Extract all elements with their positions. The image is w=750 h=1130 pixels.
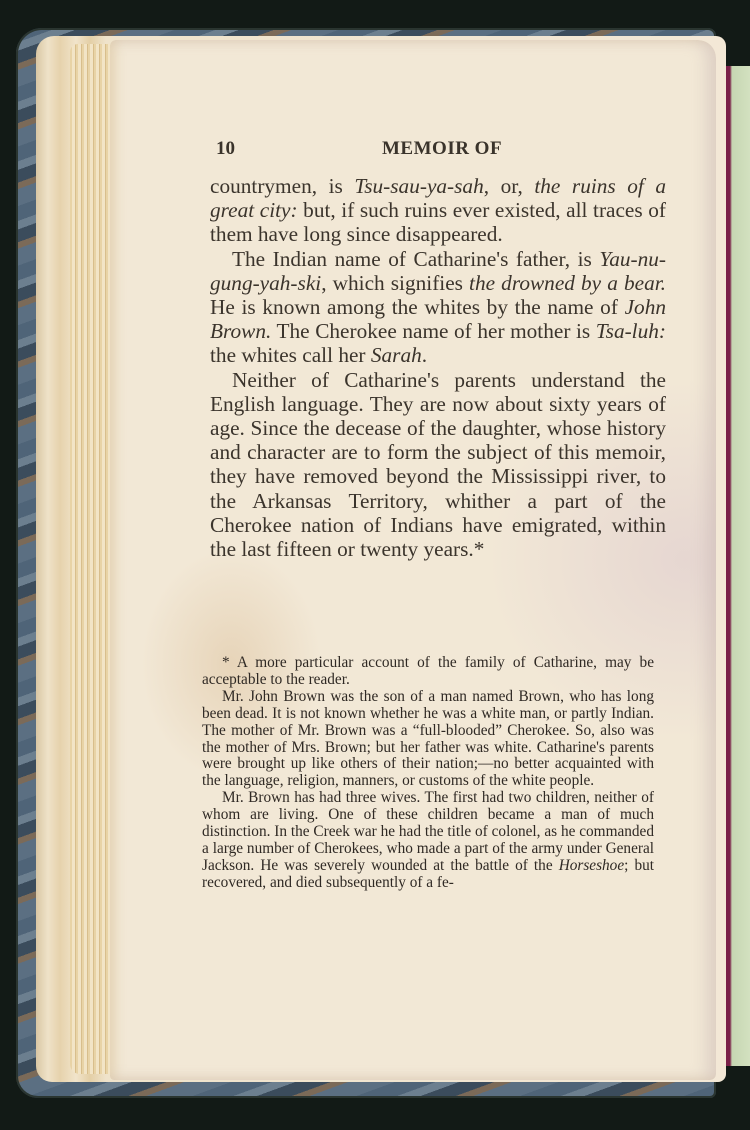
italic-text-run: Sarah (371, 343, 422, 367)
text-run: Neither of Catharine's parents understan… (210, 368, 666, 561)
paragraph: Neither of Catharine's parents understan… (210, 368, 666, 562)
text-run: * A more particular account of the famil… (202, 654, 654, 688)
footnote-paragraph: Mr. Brown has had three wives. The first… (202, 790, 654, 891)
text-run: Mr. John Brown was the son of a man name… (202, 688, 654, 790)
footnote-paragraph: Mr. John Brown was the son of a man name… (202, 689, 654, 790)
italic-text-run: Tsu-sau-ya-sah (354, 174, 483, 198)
text-run: countrymen, is (210, 174, 354, 198)
adjacent-page-edge (726, 66, 750, 1066)
running-title: MEMOIR OF (382, 138, 502, 160)
italic-text-run: Horseshoe (559, 857, 624, 874)
text-run: The Indian name of Catharine's father, i… (232, 247, 599, 271)
footnotes: * A more particular account of the famil… (202, 655, 654, 892)
italic-text-run: Tsa-luh: (596, 319, 666, 343)
text-run: . (422, 343, 427, 367)
page-number: 10 (216, 138, 235, 160)
italic-text-run: the drowned by a bear. (469, 271, 666, 295)
paragraph: countrymen, is Tsu-sau-ya-sah, or, the r… (210, 174, 666, 247)
paragraph: The Indian name of Catharine's father, i… (210, 247, 666, 368)
text-run: He is known among the whites by the name… (210, 295, 625, 319)
text-run: , or, (484, 174, 535, 198)
page-header: 10 MEMOIR OF (216, 138, 664, 162)
main-text: countrymen, is Tsu-sau-ya-sah, or, the r… (210, 174, 666, 561)
text-run: The Cherokee name of her mother is (271, 319, 595, 343)
text-run: the whites call her (210, 343, 371, 367)
text-run: , which signifies (321, 271, 469, 295)
footnote-paragraph: * A more particular account of the famil… (202, 655, 654, 689)
